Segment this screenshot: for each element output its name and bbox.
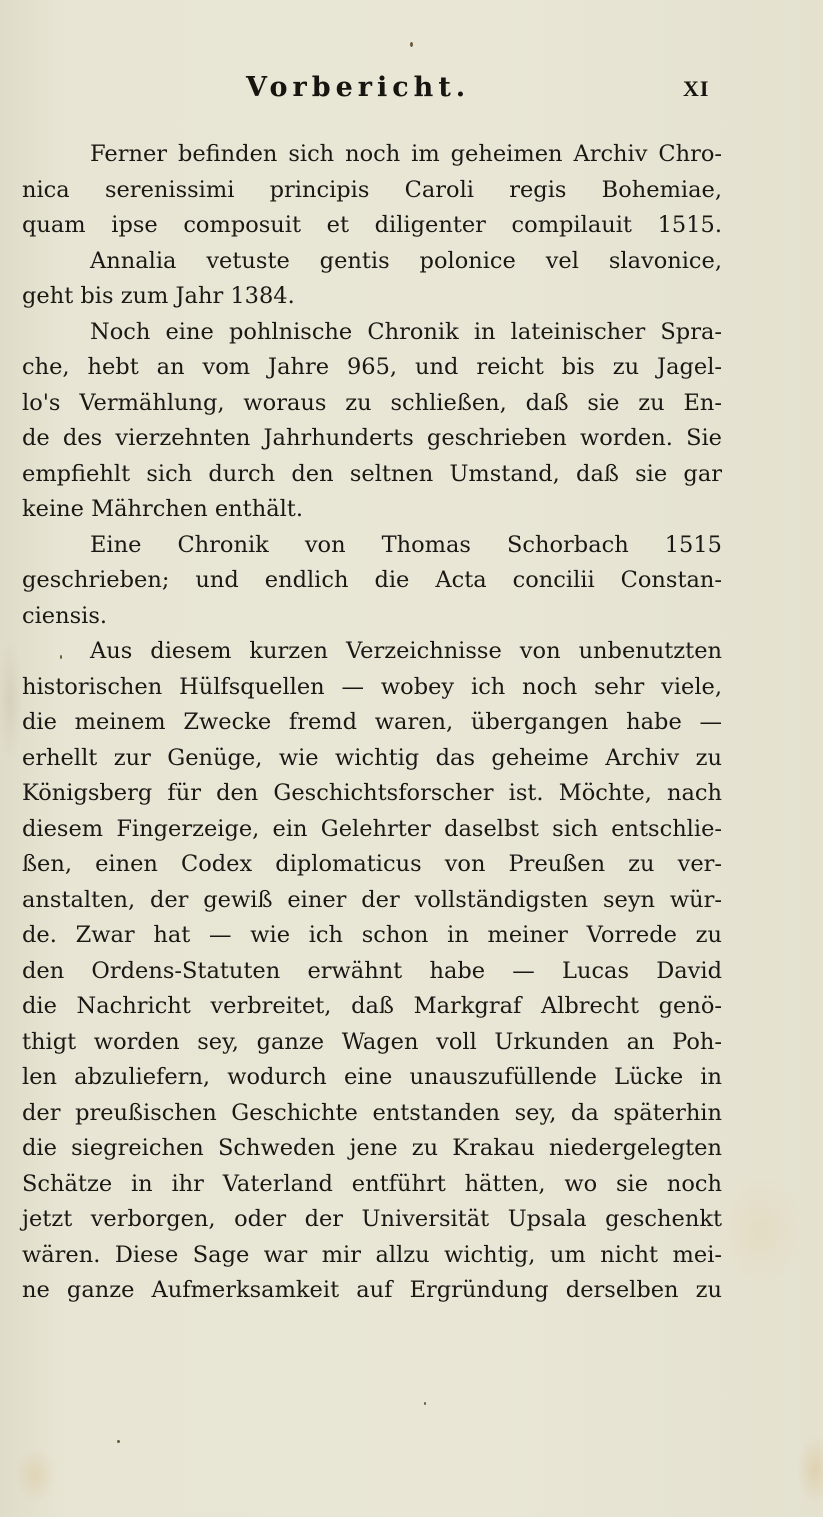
text-line: Schätze in ihr Vaterland entführt hätten… [22,1167,722,1203]
text-line: len abzuliefern, wodurch eine unauszufül… [22,1060,722,1096]
paper-speck [60,655,62,659]
book-page: Vorbericht. XI Ferner befinden sich noch… [0,0,823,1517]
text-line: Ferner befinden sich noch im geheimen Ar… [22,137,722,173]
text-line: de des vierzehnten Jahrhunderts geschrie… [22,421,722,457]
text-line: die Nachricht verbreitet, daß Markgraf A… [22,989,722,1025]
text-line: che, hebt an vom Jahre 965, und reicht b… [22,350,722,386]
text-line: Königsberg für den Geschichtsforscher is… [22,776,722,812]
text-line: nica serenissimi principis Caroli regis … [22,173,722,209]
text-line: ciensis. [22,599,722,635]
text-line: Noch eine pohlnische Chronik in lateinis… [22,315,722,351]
text-line: den Ordens-Statuten erwähnt habe — Lucas… [22,954,722,990]
text-line: die meinem Zwecke fremd waren, übergange… [22,705,722,741]
text-line: keine Mährchen enthält. [22,492,722,528]
text-line: empfiehlt sich durch den seltnen Umstand… [22,457,722,493]
text-line: erhellt zur Genüge, wie wichtig das gehe… [22,741,722,777]
text-line: thigt worden sey, ganze Wagen voll Urkun… [22,1025,722,1061]
text-line: Eine Chronik von Thomas Schorbach 1515 [22,528,722,564]
text-line: Aus diesem kurzen Verzeichnisse von unbe… [22,634,722,670]
running-head: Vorbericht. XI [0,72,823,112]
paper-speck [117,1440,120,1443]
text-line: ne ganze Aufmerksamkeit auf Ergründung d… [22,1273,722,1309]
text-line: lo's Vermählung, woraus zu schließen, da… [22,386,722,422]
text-line: historischen Hülfsquellen — wobey ich no… [22,670,722,706]
body-text: Ferner befinden sich noch im geheimen Ar… [22,137,722,1309]
text-line: die siegreichen Schweden jene zu Krakau … [22,1131,722,1167]
text-line: anstalten, der gewiß einer der vollständ… [22,883,722,919]
paper-speck [424,1402,426,1405]
text-line: geschrieben; und endlich die Acta concil… [22,563,722,599]
text-line: diesem Fingerzeige, ein Gelehrter daselb… [22,812,722,848]
page-number: XI [683,76,709,102]
paper-speck [410,42,413,47]
text-line: ßen, einen Codex diplomaticus von Preuße… [22,847,722,883]
text-line: jetzt verborgen, oder der Universität Up… [22,1202,722,1238]
text-line: wären. Diese Sage war mir allzu wichtig,… [22,1238,722,1274]
text-line: de. Zwar hat — wie ich schon in meiner V… [22,918,722,954]
text-line: geht bis zum Jahr 1384. [22,279,722,315]
running-title: Vorbericht. [246,72,470,103]
text-line: der preußischen Geschichte entstanden se… [22,1096,722,1132]
text-line: Annalia vetuste gentis polonice vel slav… [22,244,722,280]
text-line: quam ipse composuit et diligenter compil… [22,208,722,244]
